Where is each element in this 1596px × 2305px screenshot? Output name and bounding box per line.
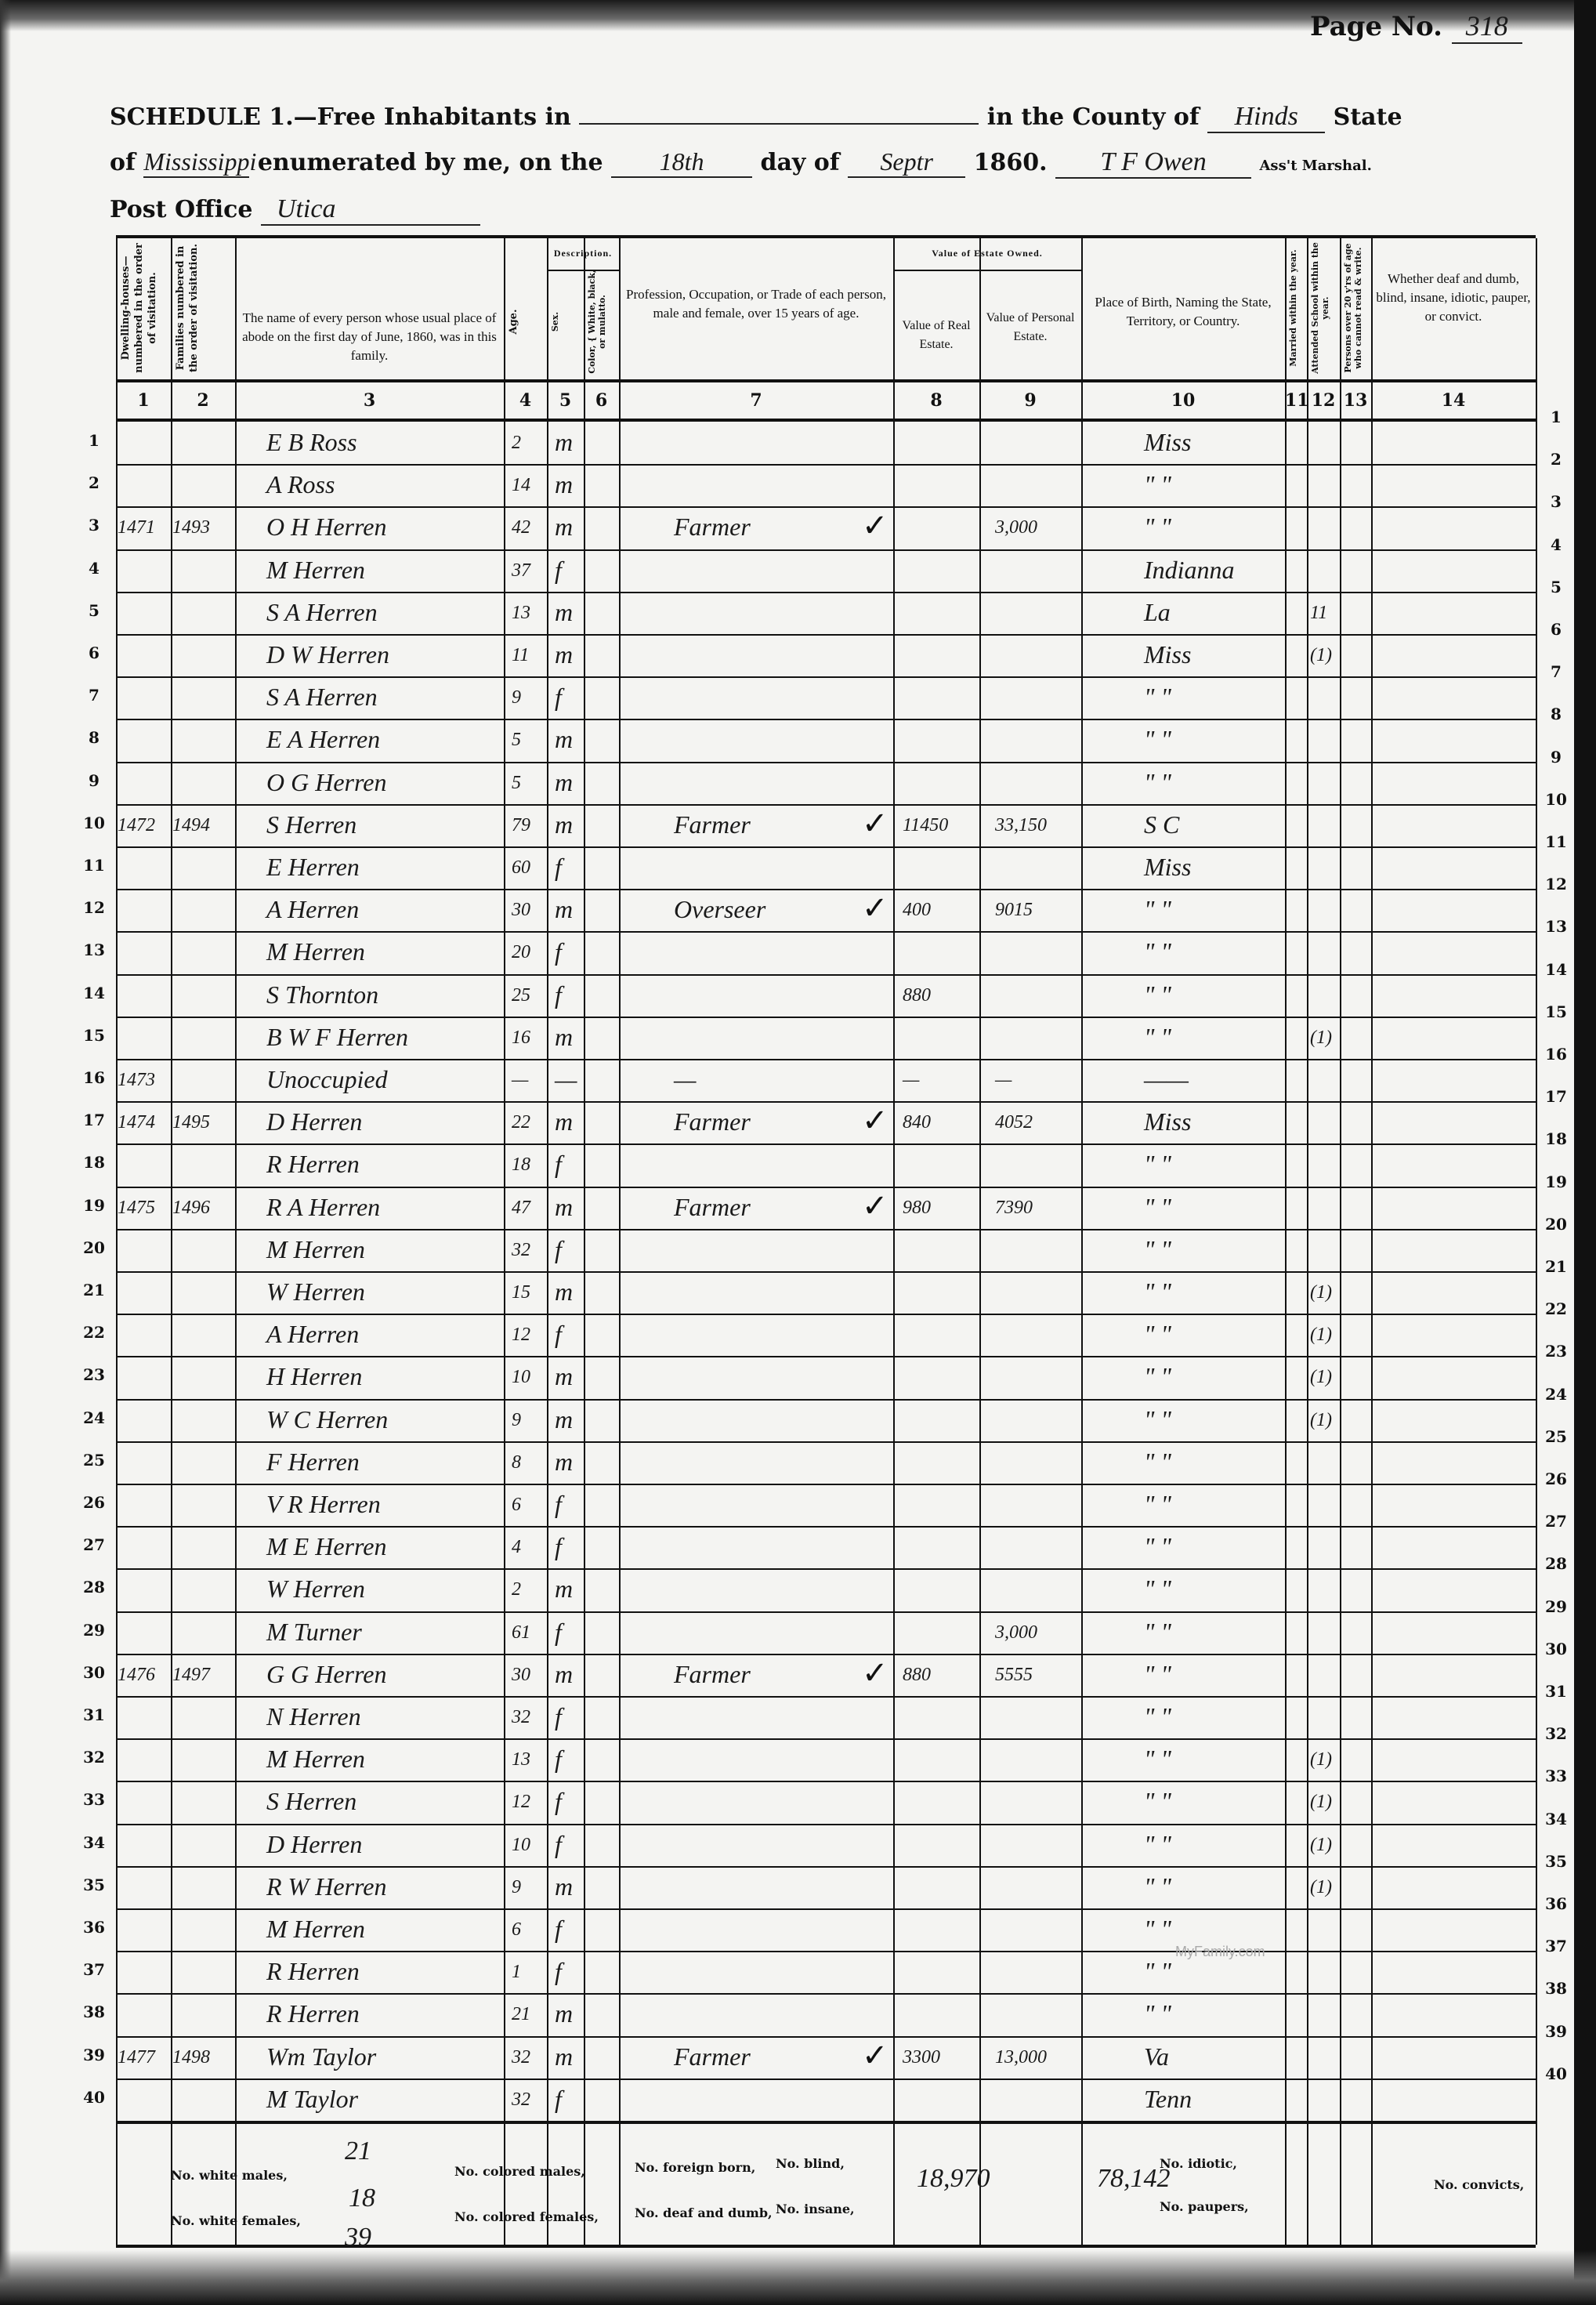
description-group-header: Description.: [547, 246, 619, 261]
of-label: of: [110, 149, 136, 176]
row-rule: [116, 889, 1536, 890]
cell-sex: f: [555, 980, 562, 1009]
line-number-left: 4: [78, 559, 110, 578]
cell-dwelling: 1475: [118, 1198, 155, 1219]
line-number-right: 16: [1540, 1045, 1572, 1064]
colored-females-label: No. colored females,: [454, 2209, 599, 2224]
cell-personal: 7390: [995, 1198, 1033, 1219]
line-number-right: 35: [1540, 1852, 1572, 1871]
cell-sex: m: [555, 640, 573, 669]
cell-sex: f: [555, 1235, 562, 1264]
cell-age: 30: [512, 1665, 530, 1686]
cell-personal: 3,000: [995, 517, 1037, 538]
line-number-left: 3: [78, 516, 110, 535]
header-rule: [116, 379, 1536, 382]
row-rule: [116, 1824, 1536, 1825]
cell-sex: f: [555, 1490, 562, 1519]
cell-real: 880: [903, 1665, 931, 1686]
cell-birth: " ": [1144, 513, 1171, 542]
cell-birth: " ": [1144, 1532, 1171, 1561]
cell-birth: " ": [1144, 1618, 1171, 1647]
cell-school: (1): [1310, 1792, 1332, 1813]
cell-birth: Tenn: [1144, 2085, 1192, 2114]
cell-name: M Taylor: [266, 2085, 358, 2114]
cell-school: (1): [1310, 1835, 1332, 1856]
column-number-14: 14: [1371, 390, 1536, 411]
cell-family: 1497: [172, 1665, 210, 1686]
cell-birth: Miss: [1144, 428, 1191, 457]
column-rule: [1340, 238, 1341, 2245]
enumeration-line: of Mississippi enumerated by me, on the …: [110, 147, 1372, 179]
row-rule: [116, 1951, 1536, 1952]
cell-school: (1): [1310, 1325, 1332, 1346]
paupers-label: No. paupers,: [1160, 2199, 1249, 2214]
cell-dwelling: 1474: [118, 1112, 155, 1133]
line-number-right: 1: [1540, 408, 1572, 426]
cell-age: 60: [512, 857, 530, 879]
cell-name: D W Herren: [266, 640, 389, 669]
cell-name: E A Herren: [266, 725, 380, 754]
enumerated-label: enumerated by me, on the: [258, 149, 603, 176]
cell-birth: " ": [1144, 768, 1171, 797]
township-blank: [579, 123, 979, 125]
county-value: Hinds: [1207, 102, 1325, 133]
cell-sex: m: [555, 1278, 573, 1307]
row-rule: [116, 1229, 1536, 1230]
cell-name: S A Herren: [266, 598, 378, 627]
line-number-left: 34: [78, 1833, 110, 1852]
row-rule: [116, 1017, 1536, 1018]
line-number-right: 29: [1540, 1597, 1572, 1616]
cell-occupation: Farmer: [674, 1660, 751, 1689]
page-number-label: Page No.: [1310, 11, 1442, 42]
column-number-4: 4: [504, 390, 547, 411]
line-number-right: 38: [1540, 1979, 1572, 1998]
cell-name: H Herren: [266, 1362, 362, 1391]
page-number: Page No. 318: [1310, 9, 1522, 44]
cell-birth: " ": [1144, 725, 1171, 754]
row-rule: [116, 1356, 1536, 1357]
cell-name: D Herren: [266, 1830, 362, 1859]
line-number-right: 8: [1540, 705, 1572, 723]
cell-sex: m: [555, 513, 573, 542]
line-number-right: 36: [1540, 1894, 1572, 1913]
line-number-left: 15: [78, 1026, 110, 1045]
watermark: MyFamily.com: [1175, 1944, 1265, 1960]
column-header-9: Value of Personal Estate.: [984, 309, 1077, 346]
line-number-left: 40: [78, 2088, 110, 2107]
cell-sex: f: [555, 1150, 562, 1179]
cell-family: 1496: [172, 1198, 210, 1219]
row-rule: [116, 719, 1536, 720]
cell-name: D Herren: [266, 1107, 362, 1136]
line-number-left: 27: [78, 1535, 110, 1554]
cell-dwelling: 1472: [118, 815, 155, 836]
row-rule: [116, 1271, 1536, 1273]
cell-name: W Herren: [266, 1278, 365, 1307]
cell-birth: " ": [1144, 1915, 1171, 1944]
row-rule: [116, 1654, 1536, 1655]
line-number-right: 23: [1540, 1342, 1572, 1361]
cell-age: 6: [512, 1919, 521, 1941]
line-number-right: 28: [1540, 1554, 1572, 1573]
line-number-right: 7: [1540, 662, 1572, 681]
cell-age: 6: [512, 1495, 521, 1516]
cell-family: 1495: [172, 1112, 210, 1133]
line-number-left: 8: [78, 728, 110, 747]
cell-personal: 13,000: [995, 2047, 1047, 2068]
line-number-right: 10: [1540, 790, 1572, 809]
row-rule: [116, 1187, 1536, 1188]
scan-edge-bottom: [0, 2250, 1596, 2305]
post-office-label: Post Office: [110, 196, 252, 223]
cell-name: M Herren: [266, 937, 365, 966]
cell-occupation: Farmer: [674, 1107, 751, 1136]
column-rule: [1285, 238, 1287, 2245]
line-number-right: 22: [1540, 1299, 1572, 1318]
row-rule: [116, 974, 1536, 976]
column-rule: [116, 238, 118, 2245]
check-mark-icon: ✓: [862, 1655, 888, 1691]
column-rule: [504, 238, 505, 2245]
check-mark-icon: ✓: [862, 890, 888, 926]
census-table: Description.Value of Estate Owned.Dwelli…: [116, 235, 1536, 2246]
page-number-value: 318: [1452, 9, 1522, 44]
cell-birth: Va: [1144, 2042, 1169, 2071]
cell-birth: " ": [1144, 1660, 1171, 1689]
cell-name: S Thornton: [266, 980, 378, 1009]
colored-males-label: No. colored males,: [454, 2164, 585, 2179]
column-header-7: Profession, Occupation, or Trade of each…: [624, 285, 888, 323]
cell-real: —: [903, 1070, 919, 1091]
line-number-right: 31: [1540, 1682, 1572, 1701]
column-header-6: Color, { White, black, or mulatto.: [587, 269, 607, 375]
line-number-right: 18: [1540, 1129, 1572, 1148]
column-number-9: 9: [979, 390, 1081, 411]
column-rule: [1081, 238, 1083, 2245]
row-rule: [116, 762, 1536, 763]
cell-age: 42: [512, 517, 530, 538]
cell-age: 47: [512, 1198, 530, 1219]
line-number-right: 37: [1540, 1937, 1572, 1955]
state-value: Mississippi: [143, 147, 249, 178]
column-number-13: 13: [1340, 390, 1371, 411]
cell-name: E Herren: [266, 853, 360, 882]
white-males-label: No. white males,: [171, 2168, 288, 2183]
cell-sex: f: [555, 1320, 562, 1349]
line-number-right: 17: [1540, 1087, 1572, 1106]
line-number-right: 5: [1540, 578, 1572, 596]
row-rule: [116, 1059, 1536, 1060]
line-number-left: 39: [78, 2046, 110, 2064]
column-number-7: 7: [619, 390, 893, 411]
cell-name: B W F Herren: [266, 1023, 408, 1052]
row-rule: [116, 1908, 1536, 1910]
column-number-11: 11: [1285, 390, 1307, 411]
cell-age: 5: [512, 730, 521, 751]
estate-group-header: Value of Estate Owned.: [893, 246, 1081, 261]
row-rule: [116, 804, 1536, 806]
line-number-left: 26: [78, 1493, 110, 1512]
line-number-left: 2: [78, 473, 110, 492]
column-header-2: Families numbered in the order of visita…: [174, 241, 201, 375]
line-number-left: 31: [78, 1705, 110, 1724]
cell-birth: " ": [1144, 470, 1171, 499]
cell-sex: m: [555, 2042, 573, 2071]
cell-sex: m: [555, 1999, 573, 2028]
row-rule: [116, 1993, 1536, 1995]
cell-name: F Herren: [266, 1448, 360, 1477]
line-number-left: 10: [78, 814, 110, 832]
cell-sex: m: [555, 810, 573, 839]
cell-age: 79: [512, 815, 530, 836]
cell-dwelling: 1477: [118, 2047, 155, 2068]
cell-age: 2: [512, 433, 521, 454]
marshal-label: Ass't Marshal.: [1259, 158, 1371, 174]
cell-sex: m: [555, 895, 573, 924]
cell-sex: m: [555, 1023, 573, 1052]
cell-birth: " ": [1144, 1150, 1171, 1179]
cell-birth: " ": [1144, 1490, 1171, 1519]
total-persons-value: 39: [345, 2223, 371, 2252]
estate-rule: [893, 270, 1081, 271]
column-rule: [1307, 238, 1308, 2245]
cell-birth: " ": [1144, 683, 1171, 712]
cell-age: 32: [512, 2047, 530, 2068]
row-rule: [116, 1568, 1536, 1570]
cell-name: R W Herren: [266, 1872, 386, 1901]
line-number-left: 19: [78, 1196, 110, 1215]
cell-school: (1): [1310, 645, 1332, 666]
cell-real: 880: [903, 985, 931, 1006]
cell-age: 9: [512, 687, 521, 709]
cell-age: 5: [512, 773, 521, 794]
line-number-left: 11: [78, 856, 110, 875]
cell-sex: m: [555, 1448, 573, 1477]
cell-sex: m: [555, 1575, 573, 1604]
line-number-right: 34: [1540, 1810, 1572, 1828]
column-number-8: 8: [893, 390, 979, 411]
white-females-label: No. white females,: [171, 2213, 301, 2228]
cell-age: 11: [512, 645, 529, 666]
cell-occupation: —: [674, 1065, 696, 1094]
line-number-right: 27: [1540, 1512, 1572, 1531]
column-number-3: 3: [235, 390, 504, 411]
line-number-left: 7: [78, 686, 110, 705]
line-number-right: 21: [1540, 1257, 1572, 1276]
cell-age: 25: [512, 985, 530, 1006]
cell-age: 15: [512, 1282, 530, 1303]
line-number-left: 36: [78, 1918, 110, 1937]
line-number-left: 22: [78, 1323, 110, 1342]
column-rule: [1371, 238, 1373, 2245]
column-number-1: 1: [116, 390, 171, 411]
cell-name: R Herren: [266, 1150, 360, 1179]
row-rule: [116, 1314, 1536, 1315]
row-rule: [116, 592, 1536, 593]
row-rule: [116, 931, 1536, 933]
cell-name: M Herren: [266, 556, 365, 585]
row-rule: [116, 549, 1536, 551]
cell-real: 980: [903, 1198, 931, 1219]
column-rule: [979, 238, 981, 2245]
cell-age: 9: [512, 1877, 521, 1898]
row-rule: [116, 676, 1536, 678]
cell-birth: " ": [1144, 1830, 1171, 1859]
column-header-8: Value of Real Estate.: [898, 317, 975, 354]
cell-sex: m: [555, 768, 573, 797]
cell-age: 10: [512, 1835, 530, 1856]
line-number-left: 29: [78, 1621, 110, 1640]
white-females-value: 18: [349, 2184, 375, 2213]
line-number-right: 6: [1540, 620, 1572, 639]
row-rule: [116, 634, 1536, 636]
row-rule: [116, 846, 1536, 848]
cell-name: M Herren: [266, 1235, 365, 1264]
white-males-value: 21: [345, 2136, 371, 2166]
column-number-5: 5: [547, 390, 584, 411]
cell-birth: Miss: [1144, 640, 1191, 669]
cell-age: 18: [512, 1154, 530, 1176]
cell-sex: f: [555, 1787, 562, 1816]
cell-school: (1): [1310, 1367, 1332, 1388]
cell-age: 32: [512, 1707, 530, 1728]
cell-birth: " ": [1144, 1575, 1171, 1604]
line-number-left: 37: [78, 1960, 110, 1979]
column-header-5: Sex.: [550, 269, 560, 375]
post-office-line: Post Office Utica: [110, 194, 480, 226]
cell-birth: " ": [1144, 1872, 1171, 1901]
cell-school: (1): [1310, 1410, 1332, 1431]
cell-personal: 9015: [995, 900, 1033, 921]
cell-sex: f: [555, 1745, 562, 1774]
cell-birth: " ": [1144, 1787, 1171, 1816]
cell-school: (1): [1310, 1282, 1332, 1303]
cell-birth: " ": [1144, 895, 1171, 924]
cell-dwelling: 1473: [118, 1070, 155, 1091]
cell-birth: Indianna: [1144, 556, 1235, 585]
cell-name: R Herren: [266, 1957, 360, 1986]
row-rule: [116, 2078, 1536, 2080]
column-number-2: 2: [171, 390, 235, 411]
cell-sex: f: [555, 683, 562, 712]
schedule-label: SCHEDULE 1.—Free Inhabitants in: [110, 103, 571, 131]
row-rule: [116, 1781, 1536, 1782]
line-number-left: 16: [78, 1068, 110, 1087]
row-rule: [116, 1101, 1536, 1103]
line-number-right: 14: [1540, 960, 1572, 979]
column-rule: [1536, 238, 1537, 2245]
cell-sex: f: [555, 853, 562, 882]
column-header-13: Persons over 20 y'rs of age who cannot r…: [1343, 241, 1363, 375]
check-mark-icon: ✓: [862, 508, 888, 544]
line-number-left: 17: [78, 1111, 110, 1129]
cell-name: O H Herren: [266, 513, 386, 542]
cell-name: S Herren: [266, 810, 356, 839]
cell-age: 4: [512, 1537, 521, 1558]
column-number-6: 6: [584, 390, 619, 411]
row-rule: [116, 2036, 1536, 2038]
cell-personal: 33,150: [995, 815, 1047, 836]
cell-age: 12: [512, 1792, 530, 1813]
column-rule: [619, 238, 621, 2245]
cell-name: A Herren: [266, 1320, 359, 1349]
cell-age: 21: [512, 2004, 530, 2025]
row-rule: [116, 1526, 1536, 1528]
scan-edge-right: [1574, 0, 1596, 2305]
cell-name: W Herren: [266, 1575, 365, 1604]
cell-age: 14: [512, 475, 530, 496]
deaf-dumb-label: No. deaf and dumb,: [635, 2205, 773, 2220]
line-number-left: 5: [78, 601, 110, 620]
column-number-12: 12: [1307, 390, 1340, 411]
line-number-left: 13: [78, 940, 110, 959]
column-rule: [893, 238, 895, 2245]
line-number-right: 19: [1540, 1172, 1572, 1191]
cell-age: 13: [512, 603, 530, 624]
marshal-name: T F Owen: [1055, 147, 1251, 179]
cell-personal: —: [995, 1070, 1012, 1091]
line-number-right: 26: [1540, 1470, 1572, 1488]
cell-birth: " ": [1144, 1320, 1171, 1349]
line-number-right: 39: [1540, 2022, 1572, 2041]
cell-sex: m: [555, 1362, 573, 1391]
line-number-left: 24: [78, 1408, 110, 1427]
row-rule: [116, 1738, 1536, 1740]
cell-sex: m: [555, 428, 573, 457]
cell-age: 22: [512, 1112, 530, 1133]
cell-age: 20: [512, 942, 530, 963]
cell-name: E B Ross: [266, 428, 357, 457]
line-number-left: 25: [78, 1451, 110, 1470]
cell-age: 10: [512, 1367, 530, 1388]
cell-name: M Turner: [266, 1618, 362, 1647]
cell-age: 12: [512, 1325, 530, 1346]
cell-birth: Miss: [1144, 1107, 1191, 1136]
cell-real: 3300: [903, 2047, 940, 2068]
cell-occupation: Farmer: [674, 1193, 751, 1222]
column-header-1: Dwelling-houses—numbered in the order of…: [119, 241, 159, 375]
column-rule: [171, 238, 172, 2245]
convicts-label: No. convicts,: [1434, 2177, 1524, 2192]
line-number-right: 20: [1540, 1215, 1572, 1234]
line-number-left: 30: [78, 1663, 110, 1682]
cell-dwelling: 1471: [118, 517, 155, 538]
cell-personal: 5555: [995, 1665, 1033, 1686]
cell-sex: m: [555, 1405, 573, 1434]
cell-name: W C Herren: [266, 1405, 388, 1434]
line-number-right: 15: [1540, 1002, 1572, 1021]
cell-name: R A Herren: [266, 1193, 380, 1222]
cell-name: G G Herren: [266, 1660, 386, 1689]
cell-sex: f: [555, 1915, 562, 1944]
cell-sex: f: [555, 937, 562, 966]
colnum-rule: [116, 419, 1536, 422]
cell-birth: " ": [1144, 1448, 1171, 1477]
foreign-born-label: No. foreign born,: [635, 2160, 755, 2175]
cell-birth: " ": [1144, 1023, 1171, 1052]
cell-sex: f: [555, 556, 562, 585]
column-rule: [547, 238, 548, 2245]
cell-age: 32: [512, 2089, 530, 2111]
cell-sex: f: [555, 1702, 562, 1731]
cell-name: A Herren: [266, 895, 359, 924]
cell-birth: " ": [1144, 1235, 1171, 1264]
line-number-right: 33: [1540, 1767, 1572, 1785]
row-rule: [116, 1441, 1536, 1443]
real-estate-total: 18,970: [917, 2164, 990, 2194]
cell-name: N Herren: [266, 1702, 361, 1731]
